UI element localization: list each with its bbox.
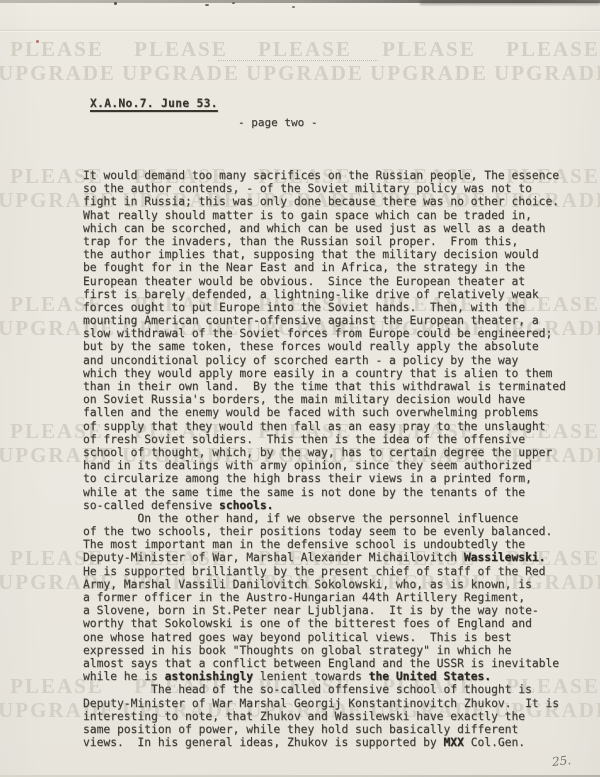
- body-line: while he is astonishingly lenient toward…: [83, 670, 566, 683]
- body-line: so-called defensive schools.: [83, 499, 566, 512]
- dust-speck: [205, 4, 209, 6]
- body-line: Deputy-Minister of War, Marshal Alexande…: [83, 551, 566, 564]
- document-reference: X.A.No.7. June 53.: [90, 97, 218, 110]
- watermark-tile: PLEASEUPGRADE: [491, 37, 600, 85]
- body-line: but by the same token, these forces woul…: [83, 340, 566, 353]
- body-line: while at the same time the same is not d…: [83, 486, 566, 499]
- body-line: What really should matter is to gain spa…: [83, 209, 566, 222]
- body-line: on Soviet Russia's borders, the main mil…: [83, 393, 566, 406]
- watermark-word-upgrade: UPGRADE: [119, 61, 243, 85]
- body-line: almost says that a conflict between Engl…: [83, 657, 566, 670]
- watermark-word-upgrade: UPGRADE: [367, 61, 491, 85]
- pencil-page-number: 25.: [551, 753, 571, 769]
- scanned-document-page: PLEASEUPGRADEPLEASEUPGRADEPLEASEUPGRADEP…: [0, 0, 600, 777]
- body-line: fallen and the enemy would be faced with…: [83, 406, 566, 419]
- paper-crease: [0, 30, 600, 31]
- watermark-word-please: PLEASE: [0, 37, 119, 61]
- body-line: which can be scorched, and which can be …: [83, 222, 566, 235]
- body-line: one whose hatred goes way beyond politic…: [83, 631, 566, 644]
- watermark-word-please: PLEASE: [119, 37, 243, 61]
- body-line: trap for the invaders, than the Russian …: [83, 235, 566, 248]
- body-line: first is barely defended, a lightning-li…: [83, 288, 566, 301]
- body-line: than in their own land. By the time that…: [83, 380, 566, 393]
- body-line: be fought for in the Near East and in Af…: [83, 261, 566, 274]
- body-line: of fresh Soviet soldiers. This then is t…: [83, 433, 566, 446]
- dust-speck: [292, 6, 295, 8]
- body-line: The head of the so-called offensive scho…: [83, 683, 566, 696]
- body-line: interesting to note, that Zhukov and Was…: [83, 710, 566, 723]
- body-line: European theater would be obvious. Since…: [83, 275, 566, 288]
- body-line: and unconditional policy of scorched ear…: [83, 354, 566, 367]
- body-line: which they would apply more easily in a …: [83, 367, 566, 380]
- watermark-word-please: PLEASE: [491, 37, 600, 61]
- body-line: It would demand too many sacrifices on t…: [83, 169, 566, 182]
- body-line: a former officer in the Austro-Hungarian…: [83, 591, 566, 604]
- watermark-word-please: PLEASE: [243, 37, 367, 61]
- watermark-word-upgrade: UPGRADE: [491, 61, 600, 85]
- watermark-word-upgrade: UPGRADE: [243, 61, 367, 85]
- watermark-tile: PLEASEUPGRADE: [119, 37, 243, 85]
- dust-speck: [232, 2, 235, 4]
- page-marker: - page two -: [238, 116, 317, 129]
- scan-artifact-dots: [218, 60, 378, 61]
- watermark-word-upgrade: UPGRADE: [0, 61, 119, 85]
- body-line: a Slovene, born in St.Peter near Ljublja…: [83, 604, 566, 617]
- body-line: He is supported brilliantly by the prese…: [83, 565, 566, 578]
- watermark-word-please: PLEASE: [367, 37, 491, 61]
- watermark-tile: PLEASEUPGRADE: [0, 37, 119, 85]
- body-line: so the author contends, - of the Soviet …: [83, 182, 566, 195]
- watermark-tile: PLEASEUPGRADE: [367, 37, 491, 85]
- body-line: views. In his general ideas, Zhukov is s…: [83, 736, 566, 749]
- body-line: slow withdrawal of the Soviet forces fro…: [83, 327, 566, 340]
- body-line: expressed in his book "Thoughts on globa…: [83, 644, 566, 657]
- body-line: of the two schools, their positions toda…: [83, 525, 566, 538]
- body-line: hand in its dealings with army opinion, …: [83, 459, 566, 472]
- body-line: Deputy-Minister of War Marshal Georgij K…: [83, 697, 566, 710]
- body-line: Army, Marshal Vassili Danilovitch Sokolo…: [83, 578, 566, 591]
- body-line: of supply that they would then fall as a…: [83, 420, 566, 433]
- body-line: The most important man in the defensive …: [83, 538, 566, 551]
- scan-top-smudge: [420, 0, 600, 5]
- body-line: On the other hand, if we observe the per…: [83, 512, 566, 525]
- body-line: worthy that Sokolowski is one of the bit…: [83, 617, 566, 630]
- body-line: to circularize among the high brass thei…: [83, 472, 566, 485]
- body-line: fight in Russia; this was only done beca…: [83, 195, 566, 208]
- body-line: the author implies that, supposing that …: [83, 248, 566, 261]
- body-text: It would demand too many sacrifices on t…: [83, 169, 566, 749]
- body-line: forces ought to put Europe into the Sovi…: [83, 301, 566, 314]
- body-line: school of thought, which, by the way, ha…: [83, 446, 566, 459]
- body-line: same position of power, while they hold …: [83, 723, 566, 736]
- red-ink-speck: [36, 40, 39, 43]
- watermark-tile: PLEASEUPGRADE: [243, 37, 367, 85]
- dust-speck: [114, 2, 117, 5]
- body-line: mounting American counter-offensive agai…: [83, 314, 566, 327]
